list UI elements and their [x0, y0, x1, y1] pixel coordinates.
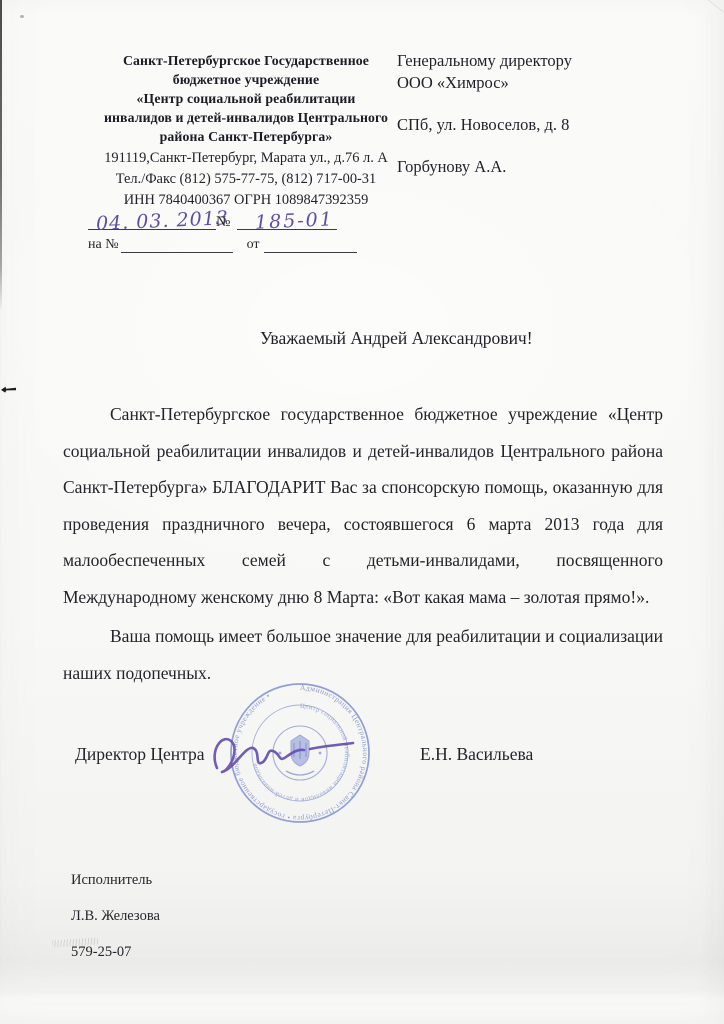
salutation: Уважаемый Андрей Александрович!: [260, 328, 533, 349]
org-name-line: района Санкт-Петербурга»: [98, 127, 394, 146]
number-blank-line: 185-01: [237, 229, 337, 230]
scanned-letter-page: Санкт-Петербургское Государственное бюдж…: [0, 0, 724, 1024]
scan-edge-artifact: [0, 0, 2, 312]
body-paragraph-1: Санкт-Петербургское государственное бюдж…: [63, 396, 663, 615]
scan-speck-artifact: [20, 15, 24, 18]
paper-crease-artifact: [693, 0, 724, 21]
reply-date-blank: [264, 252, 357, 253]
org-name-line: бюджетное учреждение: [98, 70, 394, 89]
outgoing-ref-row: 04. 03. 2013 № 185-01: [88, 198, 388, 230]
reply-ref-row: на № от: [88, 231, 388, 253]
letterhead-org-name: Санкт-Петербургское Государственное бюдж…: [98, 51, 394, 146]
org-postal-address: 191119,Санкт-Петербург, Марата ул., д.76…: [92, 148, 400, 169]
scan-tear-mark-artifact: [1, 386, 16, 393]
addressee-position: Генеральному директору: [397, 50, 572, 72]
addressee-company: ООО «Химрос»: [397, 72, 572, 94]
number-sign: №: [216, 214, 231, 231]
reply-number-label: на №: [88, 237, 121, 253]
addressee-address: СПб, ул. Новоселов, д. 8: [397, 114, 572, 136]
org-name-line: Санкт-Петербургское Государственное: [98, 51, 394, 70]
reply-number-blank: [121, 252, 233, 253]
executor-phone: 579-25-07: [71, 934, 160, 970]
letter-body: Санкт-Петербургское государственное бюдж…: [63, 396, 663, 691]
org-name-line: «Центр социальной реабилитации: [98, 89, 394, 108]
reply-date-label: от: [233, 237, 264, 253]
reference-block: 04. 03. 2013 № 185-01 на № от: [88, 198, 388, 253]
executor-block: Исполнитель Л.В. Железова 579-25-07: [71, 862, 160, 970]
signer-name: Е.Н. Васильева: [420, 744, 533, 765]
executor-name: Л.В. Железова: [71, 898, 160, 934]
org-phone-fax: Тел./Факс (812) 575-77-75, (812) 717-00-…: [92, 169, 400, 190]
director-signature-ink: [203, 718, 371, 790]
handwritten-outgoing-number: 185-01: [255, 208, 335, 233]
addressee-person: Горбунову А.А.: [397, 156, 572, 178]
org-name-line: инвалидов и детей-инвалидов Центрального: [98, 108, 394, 127]
signer-role: Директор Центра: [75, 744, 205, 765]
addressee-block: Генеральному директору ООО «Химрос» СПб,…: [397, 50, 572, 178]
date-blank-line: 04. 03. 2013: [88, 229, 216, 230]
executor-label: Исполнитель: [71, 862, 160, 898]
